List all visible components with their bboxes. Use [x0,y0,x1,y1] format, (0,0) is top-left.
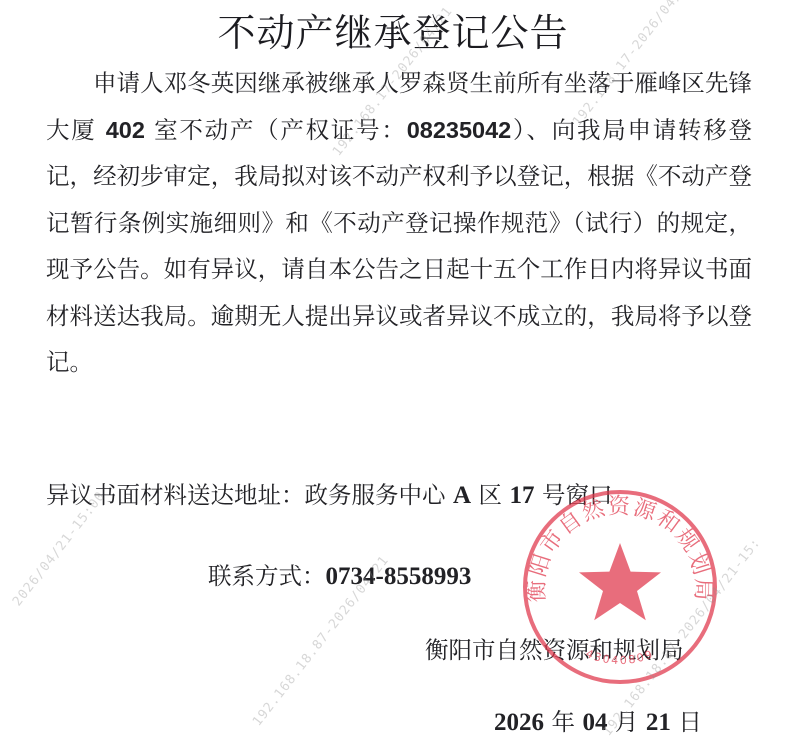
objection-address: 异议书面材料送达地址：政务服务中心 A 区 17 号窗口 [46,476,612,510]
contact-label: 联系方式： [208,562,326,590]
certificate-number: 08235042 [407,117,512,143]
date-month-unit: 月 [607,708,645,736]
seal-text: 衡阳市自然资源和规划局 [525,494,715,602]
contact-phone: 0734-8558993 [326,563,472,590]
contact-info: 联系方式：0734-8558993 [208,557,471,591]
paragraph-text-3: ）、向我局申请转移登记，经初步审定，我局拟对该不动产权利予以登记，根据《不动产登… [46,116,752,377]
date-day-unit: 日 [671,708,702,736]
issuer-name: 衡阳市自然资源和规划局 [425,631,684,665]
date-year-unit: 年 [544,708,582,736]
date-year: 2026 [494,709,544,736]
date-day: 21 [646,709,671,736]
svg-text:衡阳市自然资源和规划局: 衡阳市自然资源和规划局 [525,494,715,602]
issue-date: 2026 年 04 月 21 日 [494,703,702,737]
address-window-number: 17 [510,482,535,509]
paragraph-text-2: 室不动产（产权证号： [145,116,407,144]
address-prefix: 政务服务中心 [305,481,453,509]
address-zone-suffix: 区 [471,481,509,509]
date-month: 04 [582,709,607,736]
address-zone: A [453,482,471,509]
notice-paragraph: 申请人邓冬英因继承被继承人罗森贤生前所有坐落于雁峰区先锋大厦 402 室不动产（… [46,60,752,386]
notice-page: 不动产继承登记公告 申请人邓冬英因继承被继承人罗森贤生前所有坐落于雁峰区先锋大厦… [0,0,786,738]
address-label: 异议书面材料送达地址： [46,481,305,509]
document-title: 不动产继承登记公告 [0,2,786,57]
address-window-suffix: 号窗口 [535,481,613,509]
room-number: 402 [106,117,145,143]
